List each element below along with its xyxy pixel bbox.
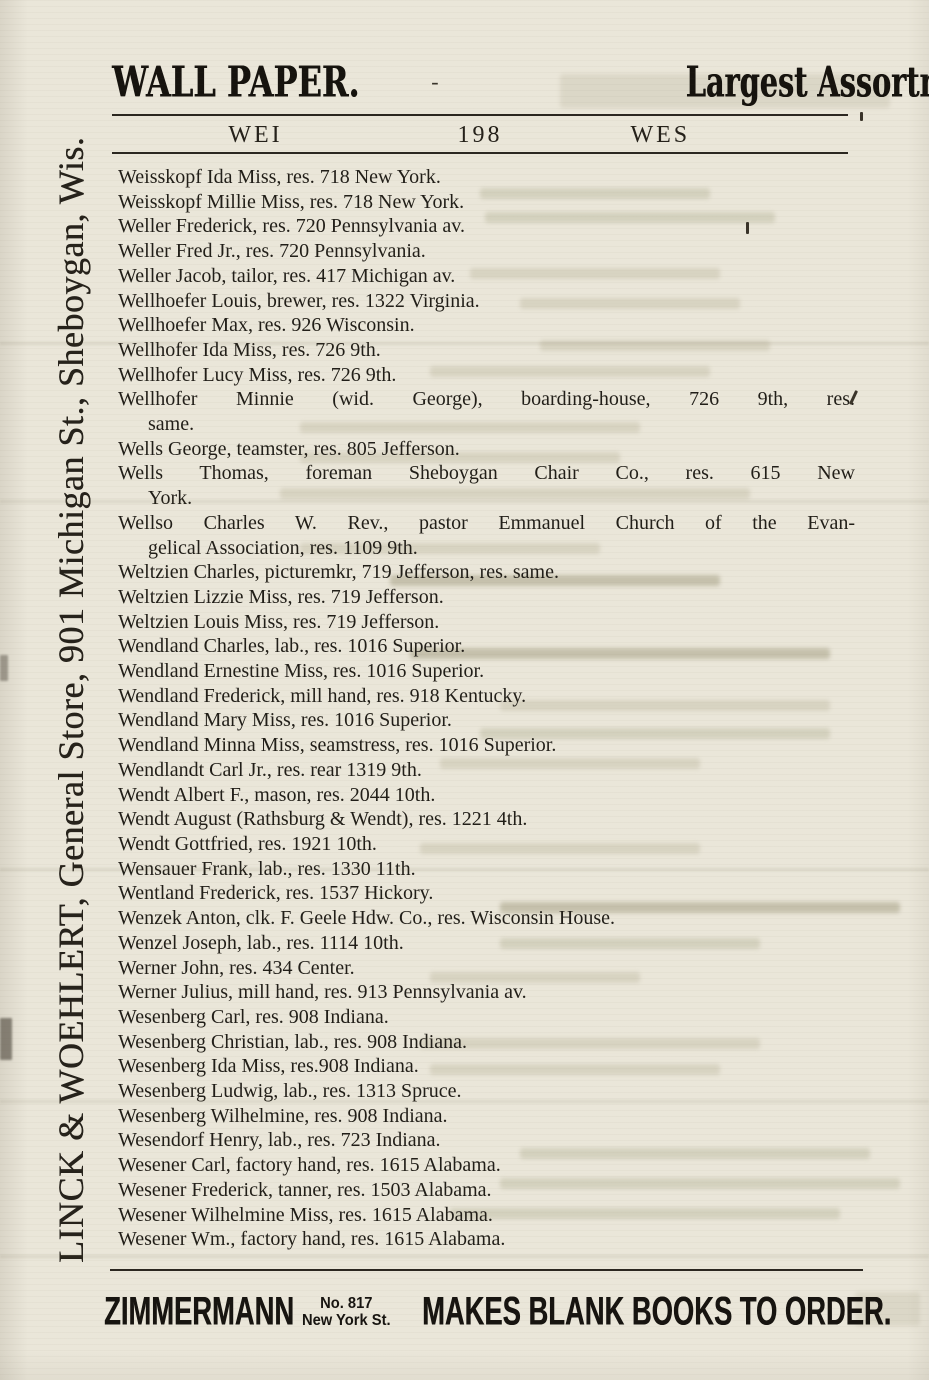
bottom-ad-address-line2: New York St.: [302, 1312, 391, 1329]
bottom-ad-name-wrap: ZIMMERMANN: [104, 1291, 292, 1334]
entry-line: Wendt Albert F., mason, res. 2044 10th.: [118, 783, 855, 808]
entry-line: Wendland Mary Miss, res. 1016 Superior.: [118, 708, 855, 733]
directory-entry: Wendland Mary Miss, res. 1016 Superior.: [118, 708, 855, 733]
entry-line: Weller Jacob, tailor, res. 417 Michigan …: [118, 264, 855, 289]
entry-line: Wellhoefer Max, res. 926 Wisconsin.: [118, 313, 855, 338]
directory-entries: Weisskopf Ida Miss, res. 718 New York.We…: [118, 165, 855, 1252]
directory-entry: Wendlandt Carl Jr., res. rear 1319 9th.: [118, 758, 855, 783]
directory-entry: Wenzel Joseph, lab., res. 1114 10th.: [118, 931, 855, 956]
entry-line: Wells Thomas, foreman Sheboygan Chair Co…: [118, 461, 855, 486]
scan-artifact-band: [0, 868, 929, 871]
directory-entry: Wesener Carl, factory hand, res. 1615 Al…: [118, 1153, 855, 1178]
ink-speck: [746, 222, 749, 234]
entry-line: Wellhofer Minnie (wid. George), boarding…: [118, 387, 855, 412]
entry-continuation-line: York.: [118, 486, 855, 511]
bottom-ad-name: ZIMMERMANN: [104, 1289, 294, 1334]
bottom-ad-address: No. 817 New York St.: [292, 1295, 401, 1329]
directory-entry: Wellhofer Minnie (wid. George), boarding…: [118, 387, 855, 436]
directory-entry: Wesenberg Carl, res. 908 Indiana.: [118, 1005, 855, 1030]
directory-entry: Wellso Charles W. Rev., pastor Emmanuel …: [118, 511, 855, 560]
directory-entry: Wendland Charles, lab., res. 1016 Superi…: [118, 634, 855, 659]
directory-entry: Weller Fred Jr., res. 720 Pennsylvania.: [118, 239, 855, 264]
entry-line: Wentland Frederick, res. 1537 Hickory.: [118, 881, 855, 906]
left-margin-ad-text: LINCK & WOEHLERT, General Store, 901 Mic…: [51, 137, 91, 1263]
directory-entry: Wendt August (Rathsburg & Wendt), res. 1…: [118, 807, 855, 832]
scan-artifact-band: [0, 1100, 929, 1103]
page-number: 198: [399, 122, 561, 149]
scan-artifact-band: [0, 342, 929, 345]
top-ad-product: WALL PAPER.: [112, 58, 359, 107]
entry-line: Wesener Carl, factory hand, res. 1615 Al…: [118, 1153, 855, 1178]
directory-entry: Wentland Frederick, res. 1537 Hickory.: [118, 881, 855, 906]
entry-line: Wenzel Joseph, lab., res. 1114 10th.: [118, 931, 855, 956]
entry-line: Weltzien Lizzie Miss, res. 719 Jefferson…: [118, 585, 855, 610]
left-margin-ad: LINCK & WOEHLERT, General Store, 901 Mic…: [50, 113, 112, 1263]
directory-entry: Weltzien Louis Miss, res. 719 Jefferson.: [118, 610, 855, 635]
directory-entry: Wells George, teamster, res. 805 Jeffers…: [118, 437, 855, 462]
scan-artifact-band: [0, 1255, 929, 1258]
directory-entry: Werner John, res. 434 Center.: [118, 956, 855, 981]
directory-entry: Weller Frederick, res. 720 Pennsylvania …: [118, 214, 855, 239]
entry-line: Wesener Frederick, tanner, res. 1503 Ala…: [118, 1178, 855, 1203]
directory-entry: Wellhofer Lucy Miss, res. 726 9th.: [118, 363, 855, 388]
top-ad-slogan: Largest Assortment at THIEMAN'S.: [685, 58, 929, 107]
entry-line: Wendlandt Carl Jr., res. rear 1319 9th.: [118, 758, 855, 783]
ink-speck: [860, 112, 863, 121]
directory-entry: Wendland Minna Miss, seamstress, res. 10…: [118, 733, 855, 758]
footer-rule: [110, 1269, 863, 1271]
entry-line: Wenzek Anton, clk. F. Geele Hdw. Co., re…: [118, 906, 855, 931]
directory-entry: Wesener Wm., factory hand, res. 1615 Ala…: [118, 1227, 855, 1252]
bottom-ad-banner: ZIMMERMANN No. 817 New York St. MAKES BL…: [104, 1283, 874, 1341]
entry-line: Werner John, res. 434 Center.: [118, 956, 855, 981]
entry-continuation-line: gelical Association, res. 1109 9th.: [118, 536, 855, 561]
entry-line: Weltzien Louis Miss, res. 719 Jefferson.: [118, 610, 855, 635]
directory-entry: Wesenberg Ida Miss, res.908 Indiana.: [118, 1054, 855, 1079]
entry-line: Weltzien Charles, picturemkr, 719 Jeffer…: [118, 560, 855, 585]
directory-entry: Wellhoefer Max, res. 926 Wisconsin.: [118, 313, 855, 338]
directory-entry: Wendt Gottfried, res. 1921 10th.: [118, 832, 855, 857]
bottom-ad-slogan-wrap: MAKES BLANK BOOKS TO ORDER.: [422, 1291, 929, 1334]
entry-line: Weisskopf Millie Miss, res. 718 New York…: [118, 190, 855, 215]
guide-word-right: WES: [561, 122, 760, 149]
directory-entry: Weltzien Lizzie Miss, res. 719 Jefferson…: [118, 585, 855, 610]
top-ad-separator: -: [431, 69, 438, 95]
directory-entry: Wells Thomas, foreman Sheboygan Chair Co…: [118, 461, 855, 510]
entry-line: Wesenberg Wilhelmine, res. 908 Indiana.: [118, 1104, 855, 1129]
directory-entry: Wellhoefer Louis, brewer, res. 1322 Virg…: [118, 289, 855, 314]
entry-line: Wendland Charles, lab., res. 1016 Superi…: [118, 634, 855, 659]
directory-entry: Wesenberg Christian, lab., res. 908 Indi…: [118, 1030, 855, 1055]
entry-line: Wendland Minna Miss, seamstress, res. 10…: [118, 733, 855, 758]
directory-entry: Wesener Frederick, tanner, res. 1503 Ala…: [118, 1178, 855, 1203]
top-ad-banner: WALL PAPER. - Largest Assortment at THIE…: [112, 56, 848, 108]
entry-line: Wendland Ernestine Miss, res. 1016 Super…: [118, 659, 855, 684]
directory-entry: Weisskopf Ida Miss, res. 718 New York.: [118, 165, 855, 190]
entry-line: Wellhofer Lucy Miss, res. 726 9th.: [118, 363, 855, 388]
guide-word-left: WEI: [112, 122, 399, 149]
entry-line: Wendland Frederick, mill hand, res. 918 …: [118, 684, 855, 709]
directory-entry: Werner Julius, mill hand, res. 913 Penns…: [118, 980, 855, 1005]
entry-line: Wellso Charles W. Rev., pastor Emmanuel …: [118, 511, 855, 536]
entry-line: Wells George, teamster, res. 805 Jeffers…: [118, 437, 855, 462]
bottom-ad-slogan: MAKES BLANK BOOKS TO ORDER.: [422, 1289, 891, 1334]
directory-entry: Wenzek Anton, clk. F. Geele Hdw. Co., re…: [118, 906, 855, 931]
entry-line: Wesendorf Henry, lab., res. 723 Indiana.: [118, 1128, 855, 1153]
directory-entry: Wendland Frederick, mill hand, res. 918 …: [118, 684, 855, 709]
entry-line: Wesener Wilhelmine Miss, res. 1615 Alaba…: [118, 1203, 855, 1228]
directory-entry: Wesenberg Wilhelmine, res. 908 Indiana.: [118, 1104, 855, 1129]
ink-speck: [0, 655, 8, 681]
scan-artifact-band: [0, 500, 929, 503]
entry-continuation-line: same.: [118, 412, 855, 437]
guide-word-row: WEI 198 WES: [112, 119, 848, 151]
bottom-ad-address-line1: No. 817: [320, 1295, 372, 1312]
directory-entry: Weltzien Charles, picturemkr, 719 Jeffer…: [118, 560, 855, 585]
entry-line: Weller Frederick, res. 720 Pennsylvania …: [118, 214, 855, 239]
header-rule-top: [112, 114, 848, 116]
header-rule-bottom: [112, 152, 848, 154]
entry-line: Wesener Wm., factory hand, res. 1615 Ala…: [118, 1227, 855, 1252]
ink-speck: [0, 1018, 12, 1060]
directory-entry: Wesener Wilhelmine Miss, res. 1615 Alaba…: [118, 1203, 855, 1228]
entry-line: Weller Fred Jr., res. 720 Pennsylvania.: [118, 239, 855, 264]
entry-line: Wesenberg Christian, lab., res. 908 Indi…: [118, 1030, 855, 1055]
directory-entry: Weller Jacob, tailor, res. 417 Michigan …: [118, 264, 855, 289]
directory-entry: Weisskopf Millie Miss, res. 718 New York…: [118, 190, 855, 215]
directory-entry: Wesendorf Henry, lab., res. 723 Indiana.: [118, 1128, 855, 1153]
directory-entry: Wendland Ernestine Miss, res. 1016 Super…: [118, 659, 855, 684]
entry-line: Wesenberg Carl, res. 908 Indiana.: [118, 1005, 855, 1030]
entry-line: Wellhoefer Louis, brewer, res. 1322 Virg…: [118, 289, 855, 314]
entry-line: Wesenberg Ida Miss, res.908 Indiana.: [118, 1054, 855, 1079]
directory-entry: Wendt Albert F., mason, res. 2044 10th.: [118, 783, 855, 808]
entry-line: Wendt Gottfried, res. 1921 10th.: [118, 832, 855, 857]
entry-line: Wendt August (Rathsburg & Wendt), res. 1…: [118, 807, 855, 832]
entry-line: Weisskopf Ida Miss, res. 718 New York.: [118, 165, 855, 190]
entry-line: Werner Julius, mill hand, res. 913 Penns…: [118, 980, 855, 1005]
